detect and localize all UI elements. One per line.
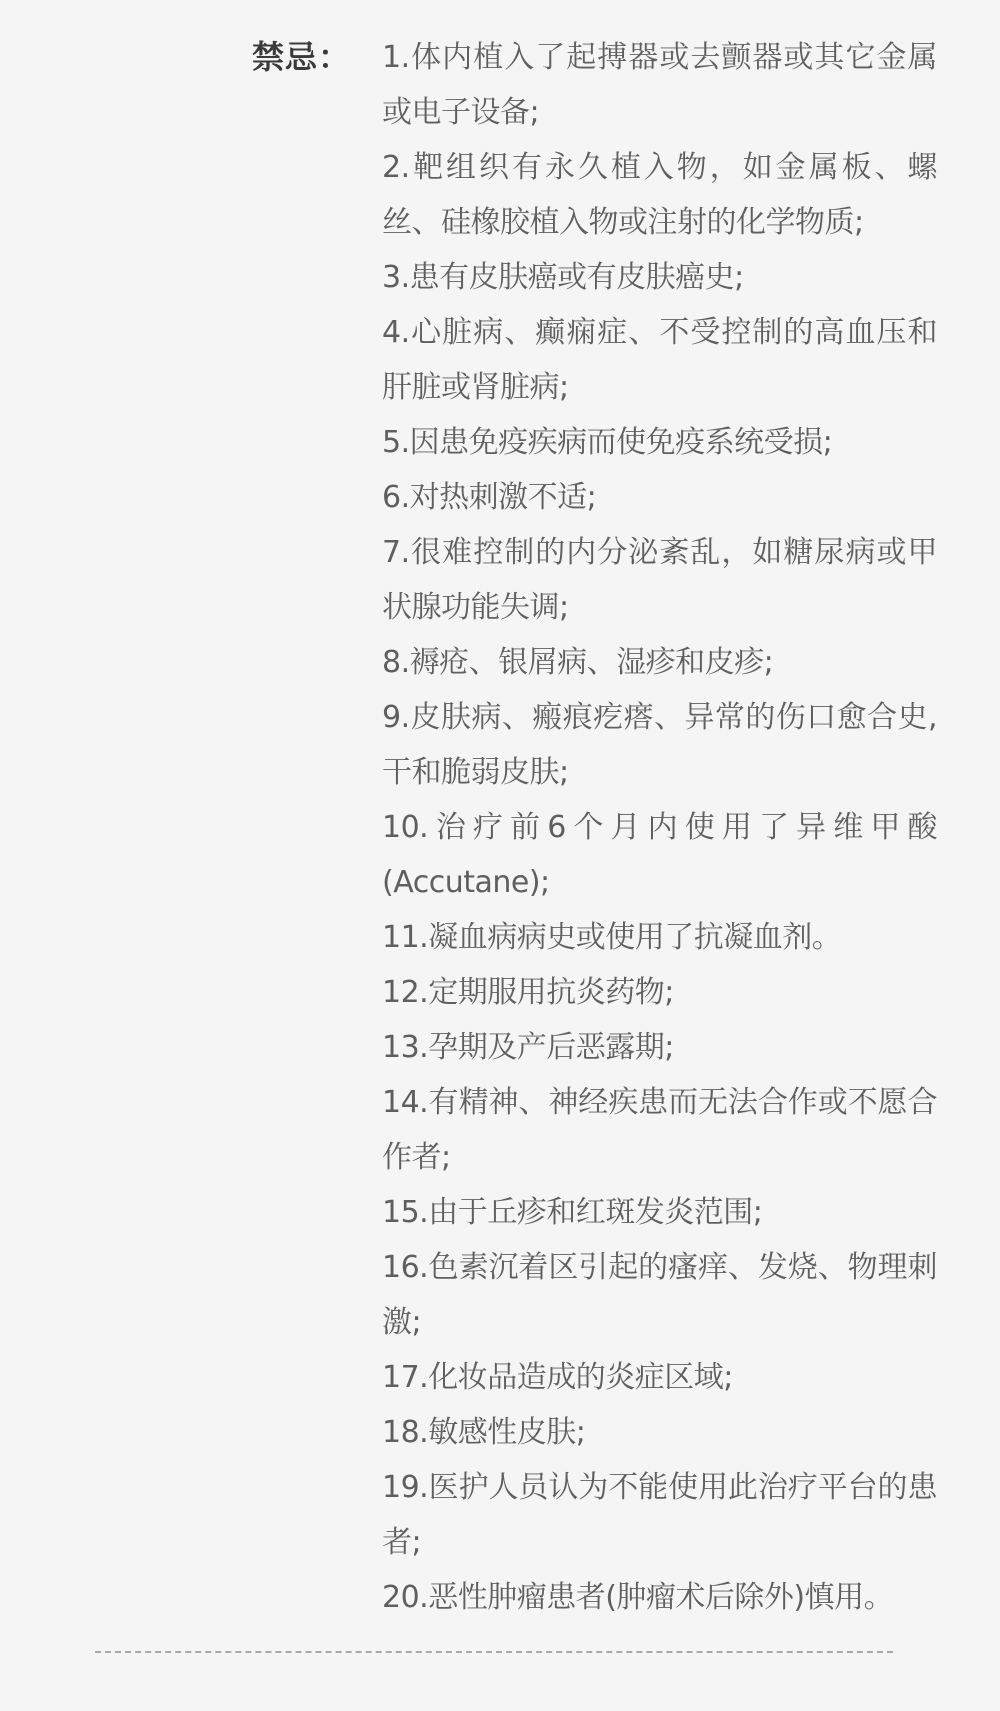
list-item: 4.心脏病、癫痫症、不受控制的高血压和肝脏或肾脏病; — [382, 305, 937, 415]
list-item: 20.恶性肿瘤患者(肿瘤术后除外)慎用。 — [382, 1570, 937, 1625]
list-item: 12.定期服用抗炎药物; — [382, 965, 937, 1020]
list-item: 18.敏感性皮肤; — [382, 1405, 937, 1460]
list-item: 19.医护人员认为不能使用此治疗平台的患者; — [382, 1460, 937, 1570]
contraindications-row: 禁忌： 1.体内植入了起搏器或去颤器或其它金属或电子设备; 2.靶组织有永久植入… — [0, 30, 1000, 1625]
list-item: 10.治疗前6个月内使用了异维甲酸(Accutane); — [382, 800, 937, 910]
list-item: 14.有精神、神经疾患而无法合作或不愿合作者; — [382, 1075, 937, 1185]
dashed-divider — [95, 1651, 893, 1653]
list-item: 15.由于丘疹和红斑发炎范围; — [382, 1185, 937, 1240]
list-item: 9.皮肤病、瘢痕疙瘩、异常的伤口愈合史,干和脆弱皮肤; — [382, 690, 937, 800]
list-item: 6.对热刺激不适; — [382, 470, 937, 525]
contraindications-list: 1.体内植入了起搏器或去颤器或其它金属或电子设备; 2.靶组织有永久植入物，如金… — [382, 30, 937, 1625]
section-label: 禁忌： — [0, 30, 382, 1625]
contraindications-section: 禁忌： 1.体内植入了起搏器或去颤器或其它金属或电子设备; 2.靶组织有永久植入… — [0, 30, 1000, 1625]
list-item: 3.患有皮肤癌或有皮肤癌史; — [382, 250, 937, 305]
list-item: 17.化妆品造成的炎症区域; — [382, 1350, 937, 1405]
list-item: 2.靶组织有永久植入物，如金属板、螺丝、硅橡胶植入物或注射的化学物质; — [382, 140, 937, 250]
list-item: 16.色素沉着区引起的瘙痒、发烧、物理刺激; — [382, 1240, 937, 1350]
list-item: 13.孕期及产后恶露期; — [382, 1020, 937, 1075]
list-item: 5.因患免疫疾病而使免疫系统受损; — [382, 415, 937, 470]
list-item: 1.体内植入了起搏器或去颤器或其它金属或电子设备; — [382, 30, 937, 140]
list-item: 7.很难控制的内分泌紊乱，如糖尿病或甲状腺功能失调; — [382, 525, 937, 635]
list-item: 8.褥疮、银屑病、湿疹和皮疹; — [382, 635, 937, 690]
list-item: 11.凝血病病史或使用了抗凝血剂。 — [382, 910, 937, 965]
